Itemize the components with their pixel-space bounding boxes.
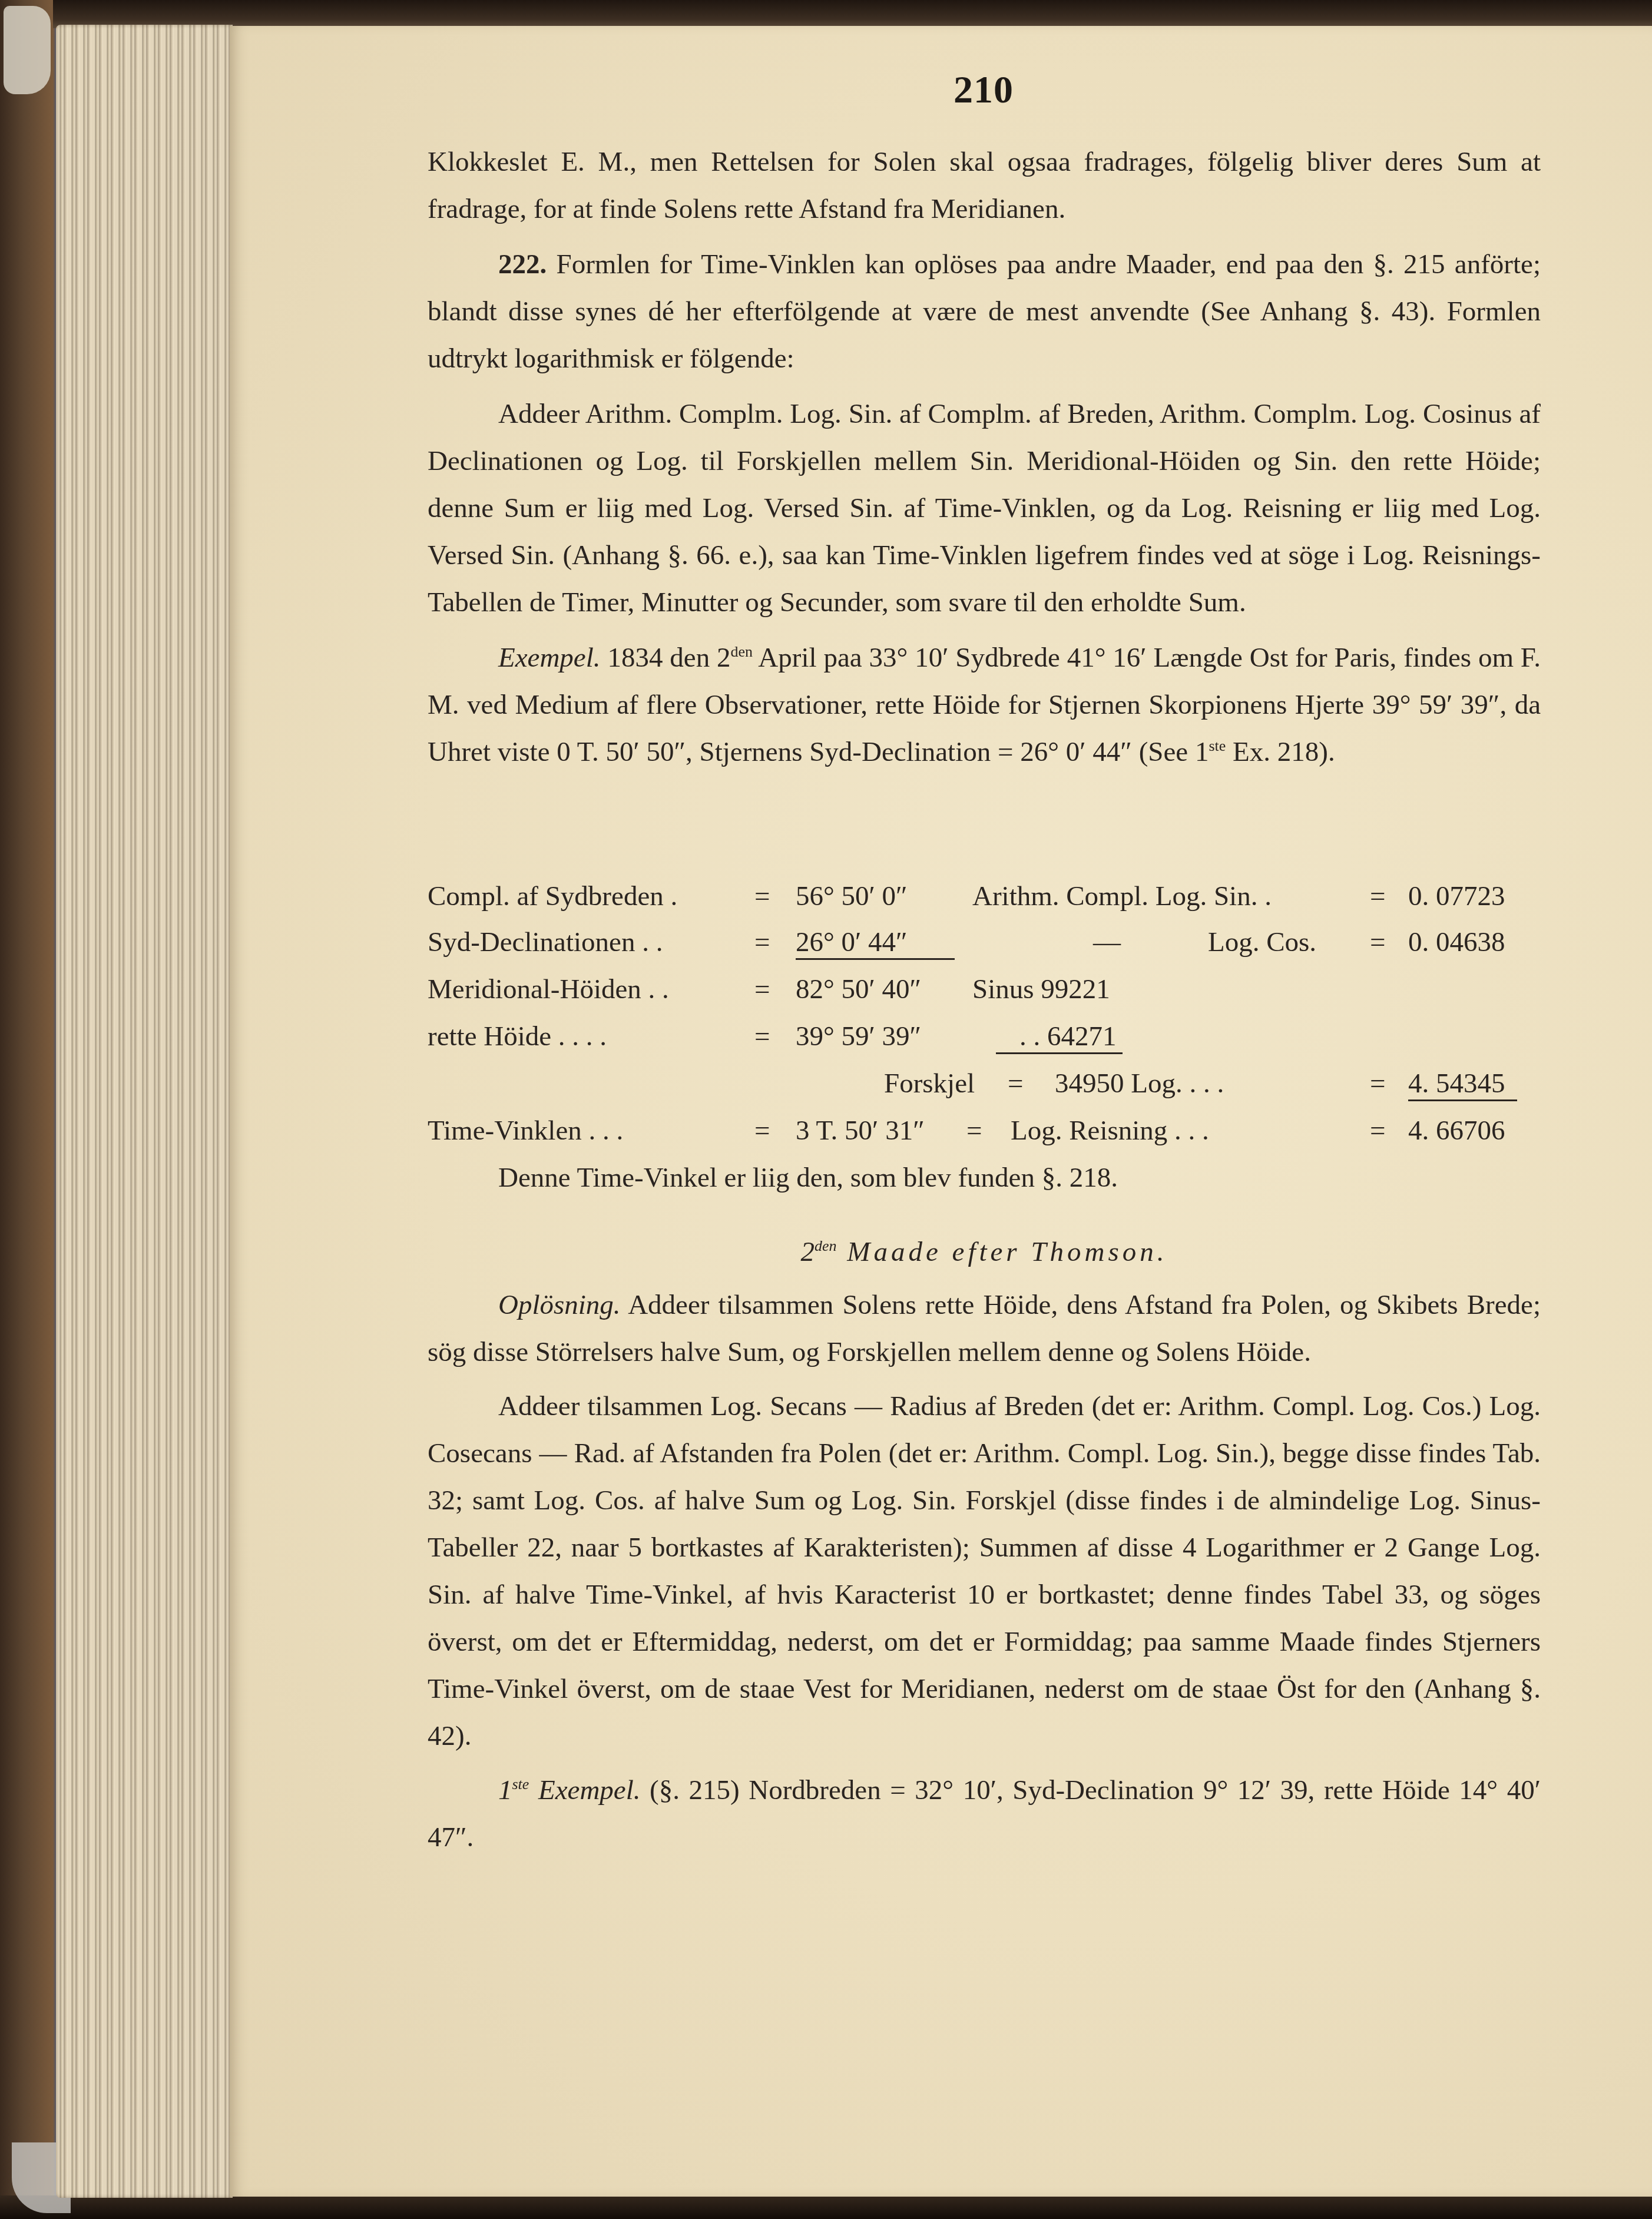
paragraph-intro: Klokkeslet E. M., men Rettelsen for Sole…	[428, 138, 1541, 233]
calc-eq: =	[754, 926, 770, 958]
calc-label: Syd-Declinationen . .	[428, 926, 663, 958]
calc-angle: 39° 59′ 39″	[796, 1021, 921, 1052]
calc-dash: —	[1093, 926, 1121, 958]
calc-eq2: =	[1370, 1068, 1386, 1099]
body-text-bottom: Denne Time-Vinkel er liig den, som blev …	[428, 1154, 1541, 1861]
example-label: Exempel.	[498, 642, 601, 673]
page-number: 210	[895, 68, 1072, 112]
calc-angle: 82° 50′ 40″	[796, 973, 921, 1005]
cover-bottom-edge	[0, 2195, 1652, 2219]
calculation-table: Compl. af Sydbreden . = 56° 50′ 0″ Arith…	[428, 880, 1541, 1163]
example-1834: Exempel. 1834 den 2den April paa 33° 10′…	[428, 634, 1541, 776]
calc-eq2: =	[1370, 926, 1386, 958]
subheading-thomson: 2den Maade efter Thomson.	[428, 1228, 1541, 1276]
body-text-top: Klokkeslet E. M., men Rettelsen for Sole…	[428, 138, 1541, 776]
section-number: 222.	[498, 249, 547, 280]
calc-value: 4. 66706	[1408, 1115, 1505, 1147]
cover-top-edge	[53, 0, 1652, 28]
sup-den: den	[815, 1237, 837, 1254]
calc-desc: . . 64271	[996, 1021, 1123, 1054]
calc-desc: Log. Cos.	[1208, 926, 1316, 958]
calc-eq: =	[754, 880, 770, 912]
calc-eq2: =	[1370, 880, 1386, 912]
calc-value: 4. 54345	[1408, 1068, 1517, 1101]
paragraph-addeer: Addeer Arithm. Complm. Log. Sin. af Comp…	[428, 390, 1541, 626]
calc-row: Syd-Declinationen . . = 26° 0′ 44″ — Log…	[428, 926, 1541, 973]
example-num: 1	[498, 1775, 512, 1806]
calc-eq: =	[754, 1021, 770, 1052]
example-label: Exempel.	[529, 1775, 640, 1806]
heading-text: Maade efter Thomson.	[837, 1237, 1168, 1267]
calc-label: rette Höide . . . .	[428, 1021, 607, 1052]
calc-row: Meridional-Höiden . . = 82° 50′ 40″ Sinu…	[428, 973, 1541, 1021]
calc-eq-mid: =	[966, 1115, 982, 1147]
calc-label: Time-Vinklen . . .	[428, 1115, 623, 1147]
calc-eq: =	[754, 1115, 770, 1147]
example-text-a: 1834 den 2	[601, 642, 731, 673]
calc-value: 0. 07723	[1408, 880, 1505, 912]
paragraph-denne: Denne Time-Vinkel er liig den, som blev …	[428, 1154, 1541, 1201]
sup-ste: ste	[512, 1776, 529, 1793]
calc-desc: Arithm. Compl. Log. Sin. .	[972, 880, 1272, 912]
example-text-c: Ex. 218).	[1226, 737, 1335, 767]
calc-angle: 3 T. 50′ 31″	[796, 1115, 925, 1147]
calc-desc: Log. Reisning . . .	[1011, 1115, 1209, 1147]
worn-corner-top	[4, 6, 51, 94]
calc-angle: 56° 50′ 0″	[796, 880, 908, 912]
calc-eq: =	[1008, 1068, 1024, 1099]
calc-label: Forskjel	[884, 1068, 975, 1099]
calc-value: 0. 04638	[1408, 926, 1505, 958]
calc-label: Compl. af Sydbreden .	[428, 880, 677, 912]
oplosning-label: Oplösning.	[498, 1290, 621, 1320]
calc-label: Meridional-Höiden . .	[428, 973, 669, 1005]
calc-eq2: =	[1370, 1115, 1386, 1147]
paragraph-addeer-2: Addeer tilsammen Log. Secans — Radius af…	[428, 1383, 1541, 1760]
sup-ste: ste	[1209, 737, 1226, 754]
calc-row: rette Höide . . . . = 39° 59′ 39″ . . 64…	[428, 1021, 1541, 1068]
example-1ste: 1ste Exempel. (§. 215) Nordbreden = 32° …	[428, 1767, 1541, 1861]
section-222: 222. Formlen for Time-Vinklen kan oplöse…	[428, 241, 1541, 382]
calc-eq: =	[754, 973, 770, 1005]
heading-num: 2	[800, 1237, 815, 1267]
calc-angle: 26° 0′ 44″	[796, 926, 955, 960]
page-stack-edges	[56, 25, 233, 2198]
sup-den: den	[731, 643, 753, 660]
calc-row: Forskjel = 34950 Log. . . . = 4. 54345	[428, 1068, 1541, 1115]
paragraph-oplosning: Oplösning. Addeer tilsammen Solens rette…	[428, 1281, 1541, 1376]
calc-row: Compl. af Sydbreden . = 56° 50′ 0″ Arith…	[428, 880, 1541, 928]
section-222-text: Formlen for Time-Vinklen kan oplöses paa…	[428, 249, 1541, 374]
calc-desc: 34950 Log. . . .	[1055, 1068, 1224, 1099]
calc-desc: Sinus 99221	[972, 973, 1110, 1005]
